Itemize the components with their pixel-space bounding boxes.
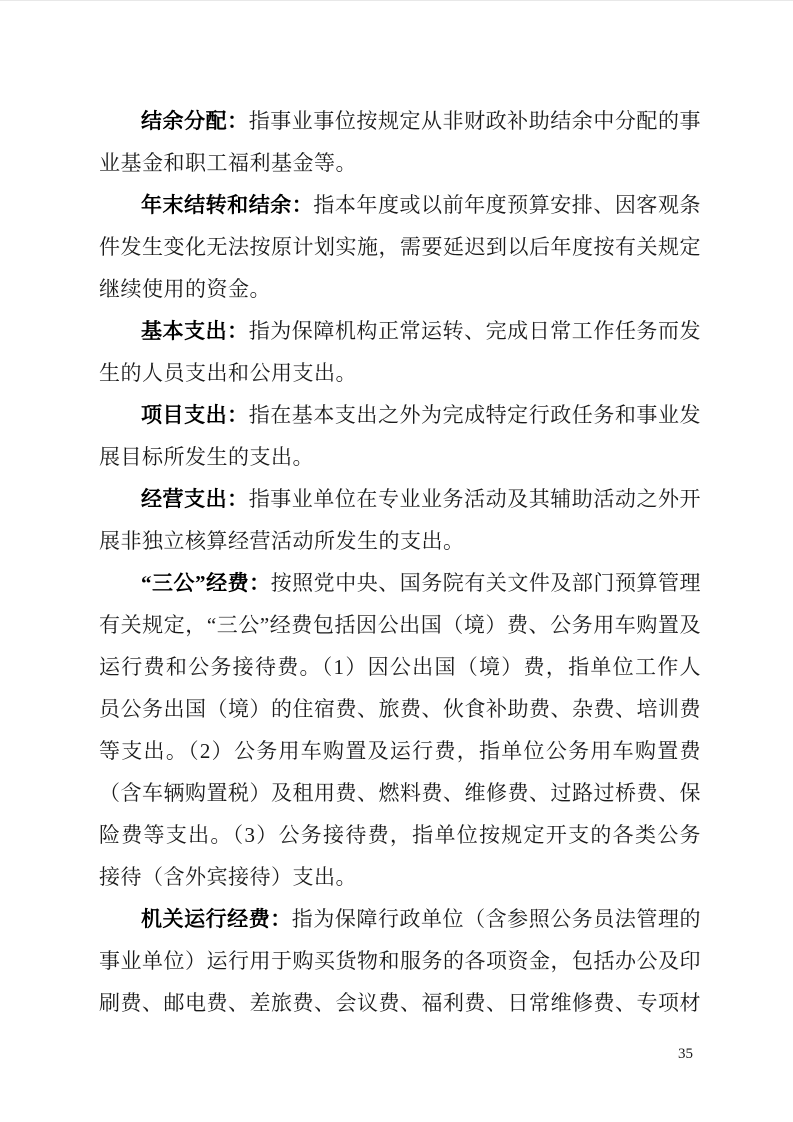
term-definition: 按照党中央、国务院有关文件及部门预算管理有关规定，“三公”经费包括因公出国（境）… (99, 571, 701, 889)
glossary-paragraph: 基本支出：指为保障机构正常运转、完成日常工作任务而发生的人员支出和公用支出。 (99, 310, 701, 394)
document-page: 结余分配：指事业事位按规定从非财政补助结余中分配的事业基金和职工福利基金等。 年… (0, 0, 793, 1122)
glossary-paragraph: 经营支出：指事业单位在专业业务活动及其辅助活动之外开展非独立核算经营活动所发生的… (99, 478, 701, 562)
term-label: 年末结转和结余： (141, 193, 313, 217)
term-label: 经营支出： (141, 487, 249, 511)
glossary-paragraph: “三公”经费：按照党中央、国务院有关文件及部门预算管理有关规定，“三公”经费包括… (99, 562, 701, 898)
glossary-paragraph: 结余分配：指事业事位按规定从非财政补助结余中分配的事业基金和职工福利基金等。 (99, 100, 701, 184)
document-body: 结余分配：指事业事位按规定从非财政补助结余中分配的事业基金和职工福利基金等。 年… (99, 100, 701, 1024)
term-label: 机关运行经费： (141, 907, 292, 931)
glossary-paragraph: 年末结转和结余：指本年度或以前年度预算安排、因客观条件发生变化无法按原计划实施，… (99, 184, 701, 310)
glossary-paragraph: 项目支出：指在基本支出之外为完成特定行政任务和事业发展目标所发生的支出。 (99, 394, 701, 478)
term-label: 项目支出： (141, 403, 249, 427)
term-label: 基本支出： (141, 319, 249, 343)
term-label: 结余分配： (141, 109, 249, 133)
page-number: 35 (678, 1047, 693, 1062)
term-label: “三公”经费： (141, 571, 271, 595)
glossary-paragraph: 机关运行经费：指为保障行政单位（含参照公务员法管理的事业单位）运行用于购买货物和… (99, 898, 701, 1024)
